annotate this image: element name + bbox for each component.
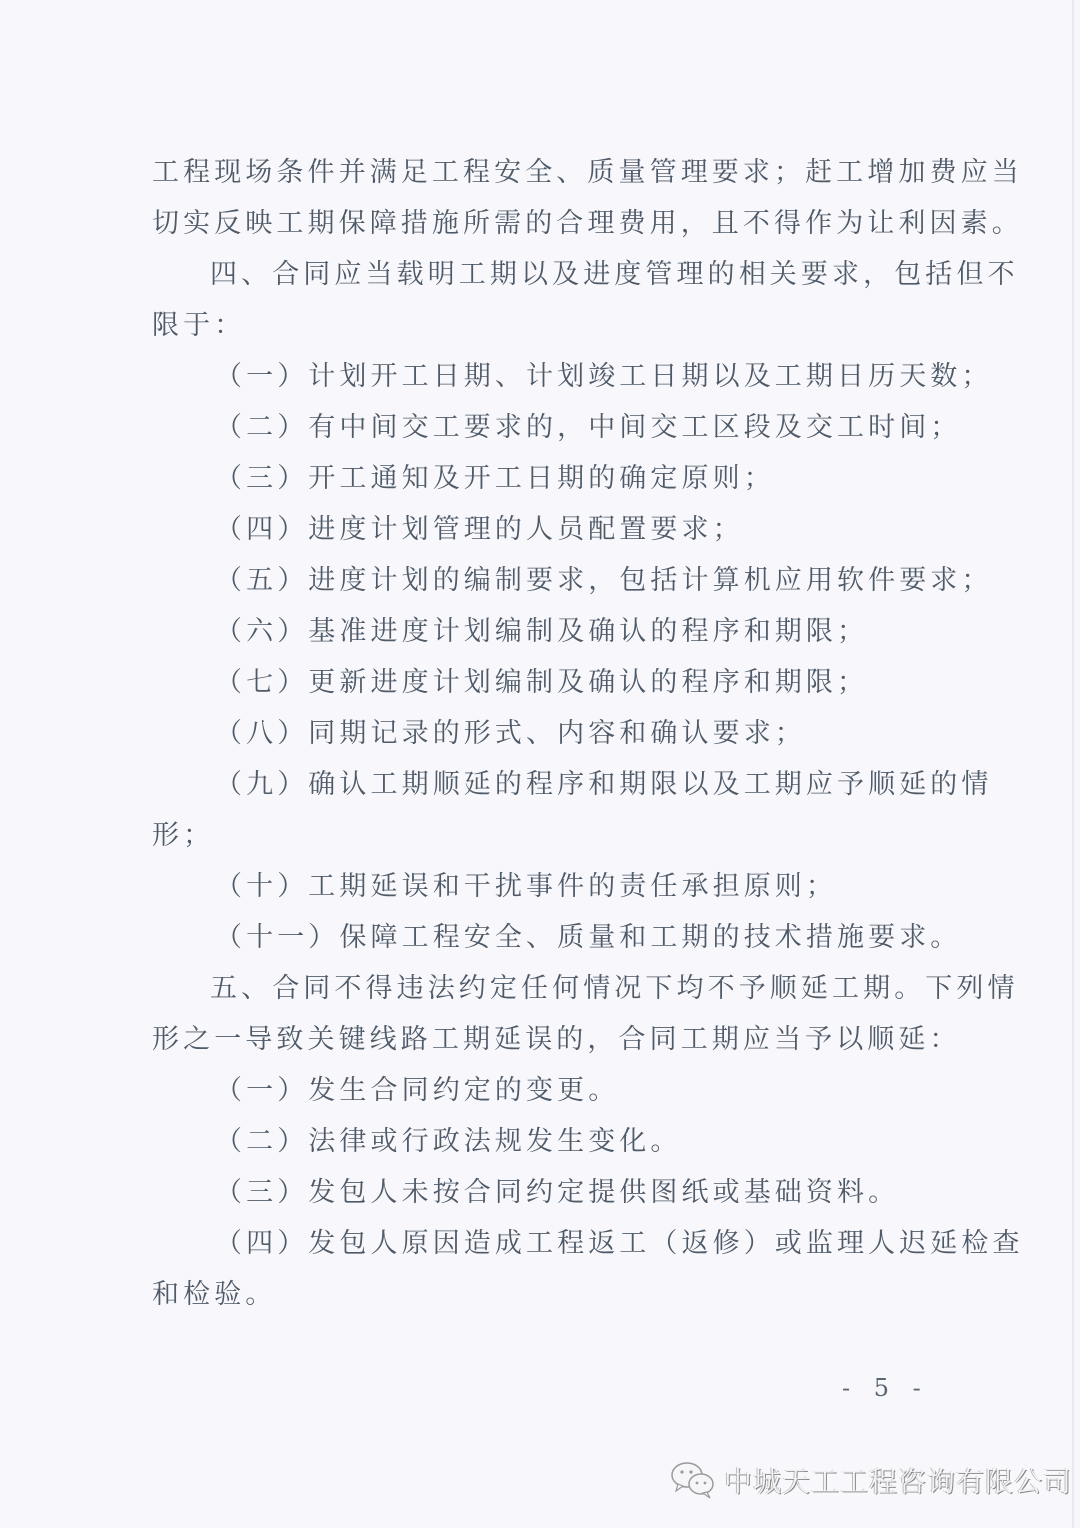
text-line: （十）工期延误和干扰事件的责任承担原则； (215, 871, 1015, 903)
text-line: 工程现场条件并满足工程安全、质量管理要求；赶工增加费应当 (152, 157, 952, 189)
text-line: （四）进度计划管理的人员配置要求； (215, 514, 1015, 546)
wechat-icon (670, 1460, 716, 1500)
wechat-watermark: 中城天工工程咨询有限公司 (670, 1460, 1072, 1500)
document-page: 工程现场条件并满足工程安全、质量管理要求；赶工增加费应当切实反映工期保障措施所需… (0, 0, 1074, 1528)
text-line: 形； (152, 820, 952, 852)
text-line: （七）更新进度计划编制及确认的程序和期限； (215, 667, 1015, 699)
text-line: （九）确认工期顺延的程序和期限以及工期应予顺延的情 (215, 769, 1015, 801)
text-line: （八）同期记录的形式、内容和确认要求； (215, 718, 1015, 750)
text-line: （一）计划开工日期、计划竣工日期以及工期日历天数； (215, 361, 1015, 393)
text-line: 切实反映工期保障措施所需的合理费用，且不得作为让利因素。 (152, 208, 952, 240)
text-line: （一）发生合同约定的变更。 (215, 1075, 1015, 1107)
text-line: （二）法律或行政法规发生变化。 (215, 1126, 1015, 1158)
text-line: 形之一导致关键线路工期延误的，合同工期应当予以顺延： (152, 1024, 952, 1056)
text-line: （四）发包人原因造成工程返工（返修）或监理人迟延检查 (215, 1228, 1015, 1260)
text-line: （三）开工通知及开工日期的确定原则； (215, 463, 1015, 495)
text-line: （十一）保障工程安全、质量和工期的技术措施要求。 (215, 922, 1015, 954)
text-line: 和检验。 (152, 1279, 952, 1311)
page-number: - 5 - (842, 1374, 929, 1402)
watermark-text: 中城天工工程咨询有限公司 (724, 1460, 1072, 1500)
text-line: （三）发包人未按合同约定提供图纸或基础资料。 (215, 1177, 1015, 1209)
text-line: （六）基准进度计划编制及确认的程序和期限； (215, 616, 1015, 648)
text-line: 限于： (152, 310, 952, 342)
text-line: （二）有中间交工要求的，中间交工区段及交工时间； (215, 412, 1015, 444)
text-line: 四、合同应当载明工期以及进度管理的相关要求，包括但不 (210, 259, 1010, 291)
text-line: 五、合同不得违法约定任何情况下均不予顺延工期。下列情 (210, 973, 1010, 1005)
text-line: （五）进度计划的编制要求，包括计算机应用软件要求； (215, 565, 1015, 597)
